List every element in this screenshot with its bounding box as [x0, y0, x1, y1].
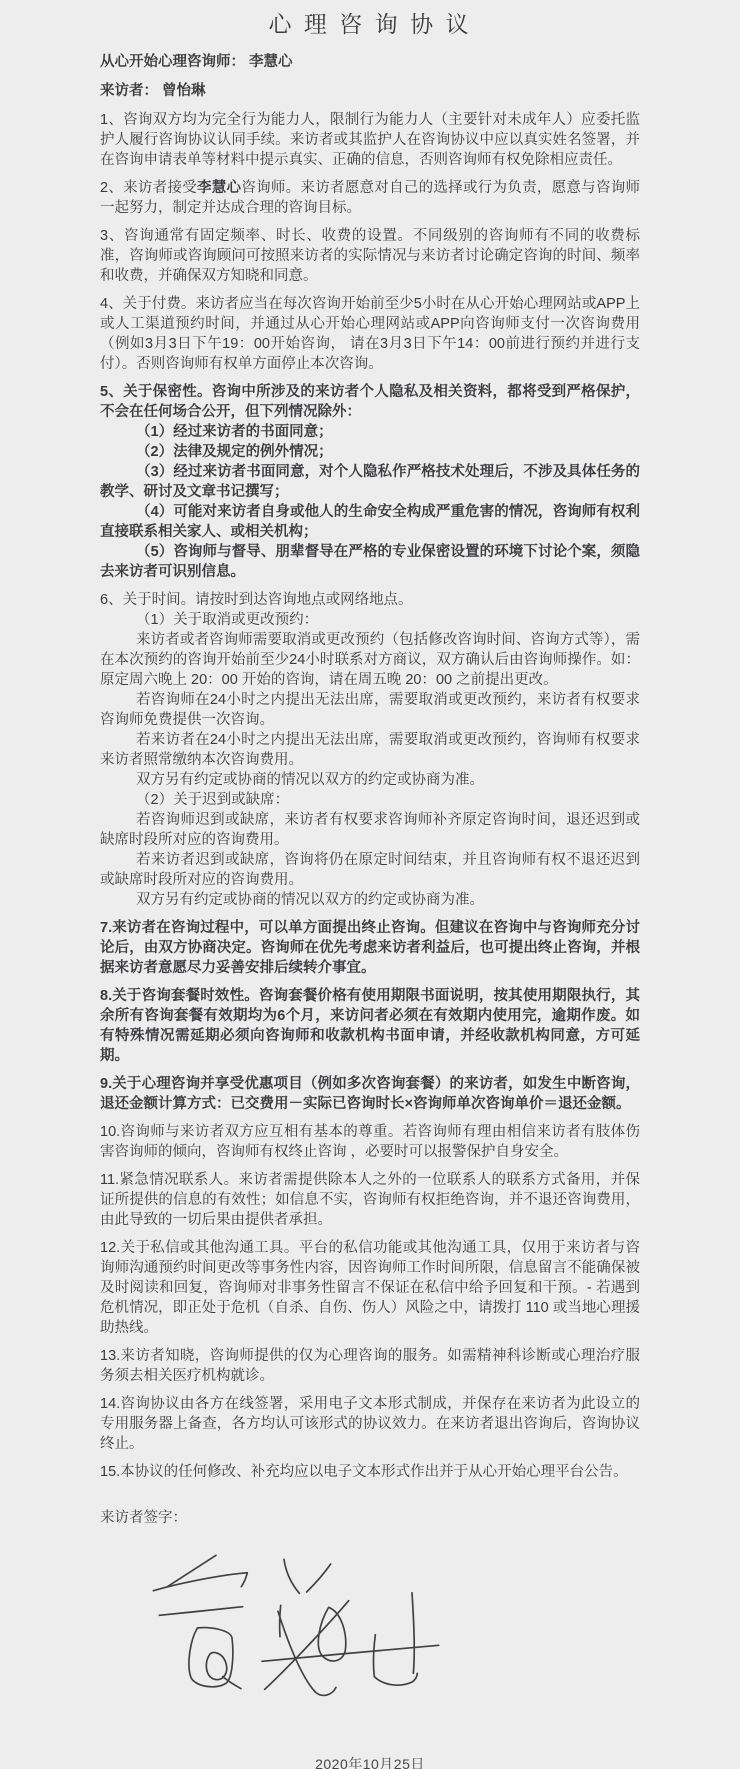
clause-12: 12.关于私信或其他沟通工具。平台的私信功能或其他沟通工具，仅用于来访者与咨询师…: [100, 1238, 640, 1338]
clause-6: 6、关于时间。请按时到达咨询地点或网络地点。 （1）关于取消或更改预约： 来访者…: [100, 590, 640, 910]
visitor-line: 来访者： 曾怡琳: [100, 81, 640, 101]
clause-5-item-5: （5）咨询师与督导、朋辈督导在严格的专业保密设置的环境下讨论个案，须隐去来访者可…: [100, 542, 640, 582]
clause-14-text: 14.咨询协议由各方在线签署，采用电子文本形式制成，并保存在来访者为此设立的专用…: [100, 1394, 640, 1454]
clause-6-sub-3: 若咨询师在24小时之内提出无法出席，需要取消或更改预约，来访者有权要求咨询师免费…: [100, 690, 640, 730]
clause-3: 3、咨询通常有固定频率、时长、收费的设置。不同级别的咨询师有不同的收费标准，咨询…: [100, 226, 640, 286]
clause-7-text: 7.来访者在咨询过程中，可以单方面提出终止咨询。但建议在咨询中与咨询师充分讨论后…: [100, 918, 640, 978]
clause-10: 10.咨询师与来访者双方应互相有基本的尊重。若咨询师有理由相信来访者有肢体伤害咨…: [100, 1122, 640, 1162]
clause-5-item-4: （4）可能对来访者自身或他人的生命安全构成严重危害的情况，咨询师有权利直接联系相…: [100, 502, 640, 542]
clause-5-item-2: （2）法律及规定的例外情况；: [100, 442, 640, 462]
agreement-document: 心 理 咨 询 协 议 从心开始心理咨询师： 李慧心 来访者： 曾怡琳 1、咨询…: [100, 0, 640, 1769]
clause-5-item-3: （3）经过来访者书面同意，对个人隐私作严格技术处理后，不涉及具体任务的教学、研讨…: [100, 462, 640, 502]
clause-14: 14.咨询协议由各方在线签署，采用电子文本形式制成，并保存在来访者为此设立的专用…: [100, 1394, 640, 1454]
page-title: 心 理 咨 询 协 议: [100, 8, 640, 40]
clause-3-text: 3、咨询通常有固定频率、时长、收费的设置。不同级别的咨询师有不同的收费标准，咨询…: [100, 226, 640, 286]
clause-5-text: 5、关于保密性。咨询中所涉及的来访者个人隐私及相关资料，都将受到严格保护，不会在…: [100, 382, 640, 422]
counselor-name: 李慧心: [249, 54, 293, 70]
visitor-label: 来访者：: [100, 83, 158, 99]
clause-6-sub-5: 双方另有约定或协商的情况以双方的约定或协商为准。: [100, 770, 640, 790]
signature-handwriting: [130, 1544, 440, 1704]
clause-2-text: 2、来访者接受李慧心咨询师。来访者愿意对自己的选择或行为负责，愿意与咨询师一起努…: [100, 178, 640, 218]
clause-9-text: 9.关于心理咨询并享受优惠项目（例如多次咨询套餐）的来访者，如发生中断咨询，退还…: [100, 1074, 640, 1114]
clause-6-sub-7: 若咨询师迟到或缺席，来访者有权要求咨询师补齐原定咨询时间，退还迟到或缺席时段所对…: [100, 810, 640, 850]
clause-8-text: 8.关于咨询套餐时效性。咨询套餐价格有使用期限书面说明，按其使用期限执行，其余所…: [100, 986, 640, 1066]
clause-10-text: 10.咨询师与来访者双方应互相有基本的尊重。若咨询师有理由相信来访者有肢体伤害咨…: [100, 1122, 640, 1162]
clause-11-text: 11.紧急情况联系人。来访者需提供除本人之外的一位联系人的联系方式备用，并保证所…: [100, 1170, 640, 1230]
clause-2: 2、来访者接受李慧心咨询师。来访者愿意对自己的选择或行为负责，愿意与咨询师一起努…: [100, 178, 640, 218]
clause-12-text: 12.关于私信或其他沟通工具。平台的私信功能或其他沟通工具，仅用于来访者与咨询师…: [100, 1238, 640, 1338]
agreement-date: 2020年10月25日: [100, 1754, 640, 1769]
clause-6-text: 6、关于时间。请按时到达咨询地点或网络地点。: [100, 590, 640, 610]
clause-13: 13.来访者知晓，咨询师提供的仅为心理咨询的服务。如需精神科诊断或心理治疗服务须…: [100, 1346, 640, 1386]
clause-15: 15.本协议的任何修改、补充均应以电子文本形式作出并于从心开始心理平台公告。: [100, 1462, 640, 1482]
clause-6-sub-8: 若来访者迟到或缺席，咨询将仍在原定时间结束，并且咨询师有权不退还迟到或缺席时段所…: [100, 850, 640, 890]
clause-6-sub-6: （2）关于迟到或缺席：: [100, 790, 640, 810]
clause-2-pre: 2、来访者接受: [100, 180, 197, 196]
visitor-signature-label: 来访者签字：: [100, 1508, 640, 1528]
visitor-signature-area: [130, 1544, 640, 1708]
clause-6-sub-1: （1）关于取消或更改预约：: [100, 610, 640, 630]
visitor-name: 曾怡琳: [162, 83, 206, 99]
clause-7: 7.来访者在咨询过程中，可以单方面提出终止咨询。但建议在咨询中与咨询师充分讨论后…: [100, 918, 640, 978]
clause-1: 1、咨询双方均为完全行为能力人，限制行为能力人（主要针对未成年人）应委托监护人履…: [100, 110, 640, 170]
counselor-line: 从心开始心理咨询师： 李慧心: [100, 52, 640, 72]
clause-8: 8.关于咨询套餐时效性。咨询套餐价格有使用期限书面说明，按其使用期限执行，其余所…: [100, 986, 640, 1066]
clause-6-sub-2: 来访者或者咨询师需要取消或更改预约（包括修改咨询时间、咨询方式等），需在本次预约…: [100, 630, 640, 690]
clause-6-sub-4: 若来访者在24小时之内提出无法出席，需要取消或更改预约，咨询师有权要求来访者照常…: [100, 730, 640, 770]
clause-5-item-1: （1）经过来访者的书面同意；: [100, 422, 640, 442]
clause-4: 4、关于付费。来访者应当在每次咨询开始前至少5小时在从心开始心理网站或APP上或…: [100, 294, 640, 374]
counselor-label: 从心开始心理咨询师：: [100, 54, 245, 70]
clause-6-sub-9: 双方另有约定或协商的情况以双方的约定或协商为准。: [100, 890, 640, 910]
clause-9: 9.关于心理咨询并享受优惠项目（例如多次咨询套餐）的来访者，如发生中断咨询，退还…: [100, 1074, 640, 1114]
clause-1-text: 1、咨询双方均为完全行为能力人，限制行为能力人（主要针对未成年人）应委托监护人履…: [100, 110, 640, 170]
clause-15-text: 15.本协议的任何修改、补充均应以电子文本形式作出并于从心开始心理平台公告。: [100, 1462, 640, 1482]
clause-13-text: 13.来访者知晓，咨询师提供的仅为心理咨询的服务。如需精神科诊断或心理治疗服务须…: [100, 1346, 640, 1386]
clause-2-counselor-name: 李慧心: [197, 180, 241, 196]
clause-5: 5、关于保密性。咨询中所涉及的来访者个人隐私及相关资料，都将受到严格保护，不会在…: [100, 382, 640, 582]
clause-4-text: 4、关于付费。来访者应当在每次咨询开始前至少5小时在从心开始心理网站或APP上或…: [100, 294, 640, 374]
clause-11: 11.紧急情况联系人。来访者需提供除本人之外的一位联系人的联系方式备用，并保证所…: [100, 1170, 640, 1230]
